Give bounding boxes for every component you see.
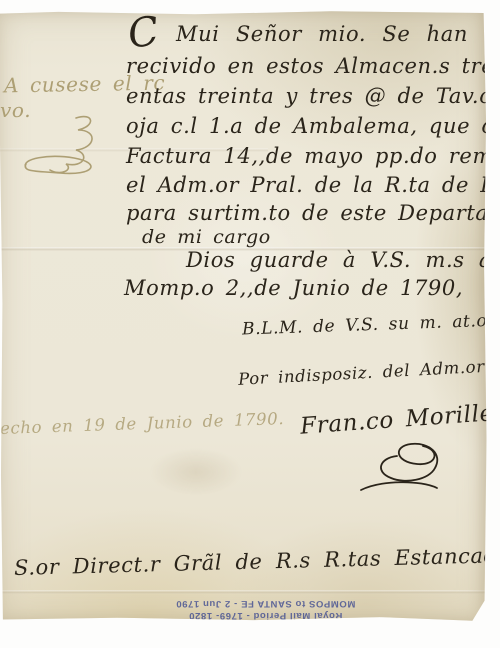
signature-rubric-flourish	[345, 440, 455, 496]
address-line: S.or Direct.r Grãl de R.s R.tas Estancad…	[14, 540, 500, 580]
letter-line: oja c.l 1.a de Ambalema, que con	[126, 114, 500, 138]
letter-line: de mi cargo	[142, 226, 271, 248]
letter-paper: A cusese el rc vo. C Mui Señor mio. Se h…	[0, 10, 487, 622]
margin-rubric-flourish	[16, 110, 116, 180]
letter-line: el Adm.or Pral. de la R.ta de Honda	[126, 173, 500, 197]
ghost-stamp-mark	[150, 448, 242, 496]
letter-dateline: Momp.o 2,,de Junio de 1790,	[124, 276, 463, 300]
fold-crease	[0, 590, 487, 594]
letter-line: recivido en estos Almacen.s tresci-	[126, 54, 500, 78]
docket-note: echo en 19 de Junio de 1790.	[0, 409, 284, 438]
letter-valediction: Dios guarde à V.S. m.s a.s	[186, 248, 500, 272]
letter-line: entas treinta y tres @ de Tav.o de	[126, 84, 500, 108]
letter-line: Factura 14,,de mayo pp.do remitió —	[126, 144, 500, 168]
expert-mark-period: Royal Mail Period - 1769- 1820	[148, 610, 383, 621]
letter-initial-flourish: C	[125, 8, 162, 58]
letter-courtesy: B.L.M. de V.S. su m. at.o Subd.o	[242, 308, 500, 339]
letter-line: Mui Señor mio. Se han	[176, 22, 468, 46]
letter-per-pro: Por indisposiz. del Adm.or Pral.	[238, 354, 500, 389]
signature: Fran.co Morillexo	[299, 398, 500, 439]
letter-line: para surtim.to de este Departam.to	[126, 201, 500, 225]
expert-mark-route: MOMPOS to SANTA FE - 2 Jun 1790	[148, 598, 383, 609]
